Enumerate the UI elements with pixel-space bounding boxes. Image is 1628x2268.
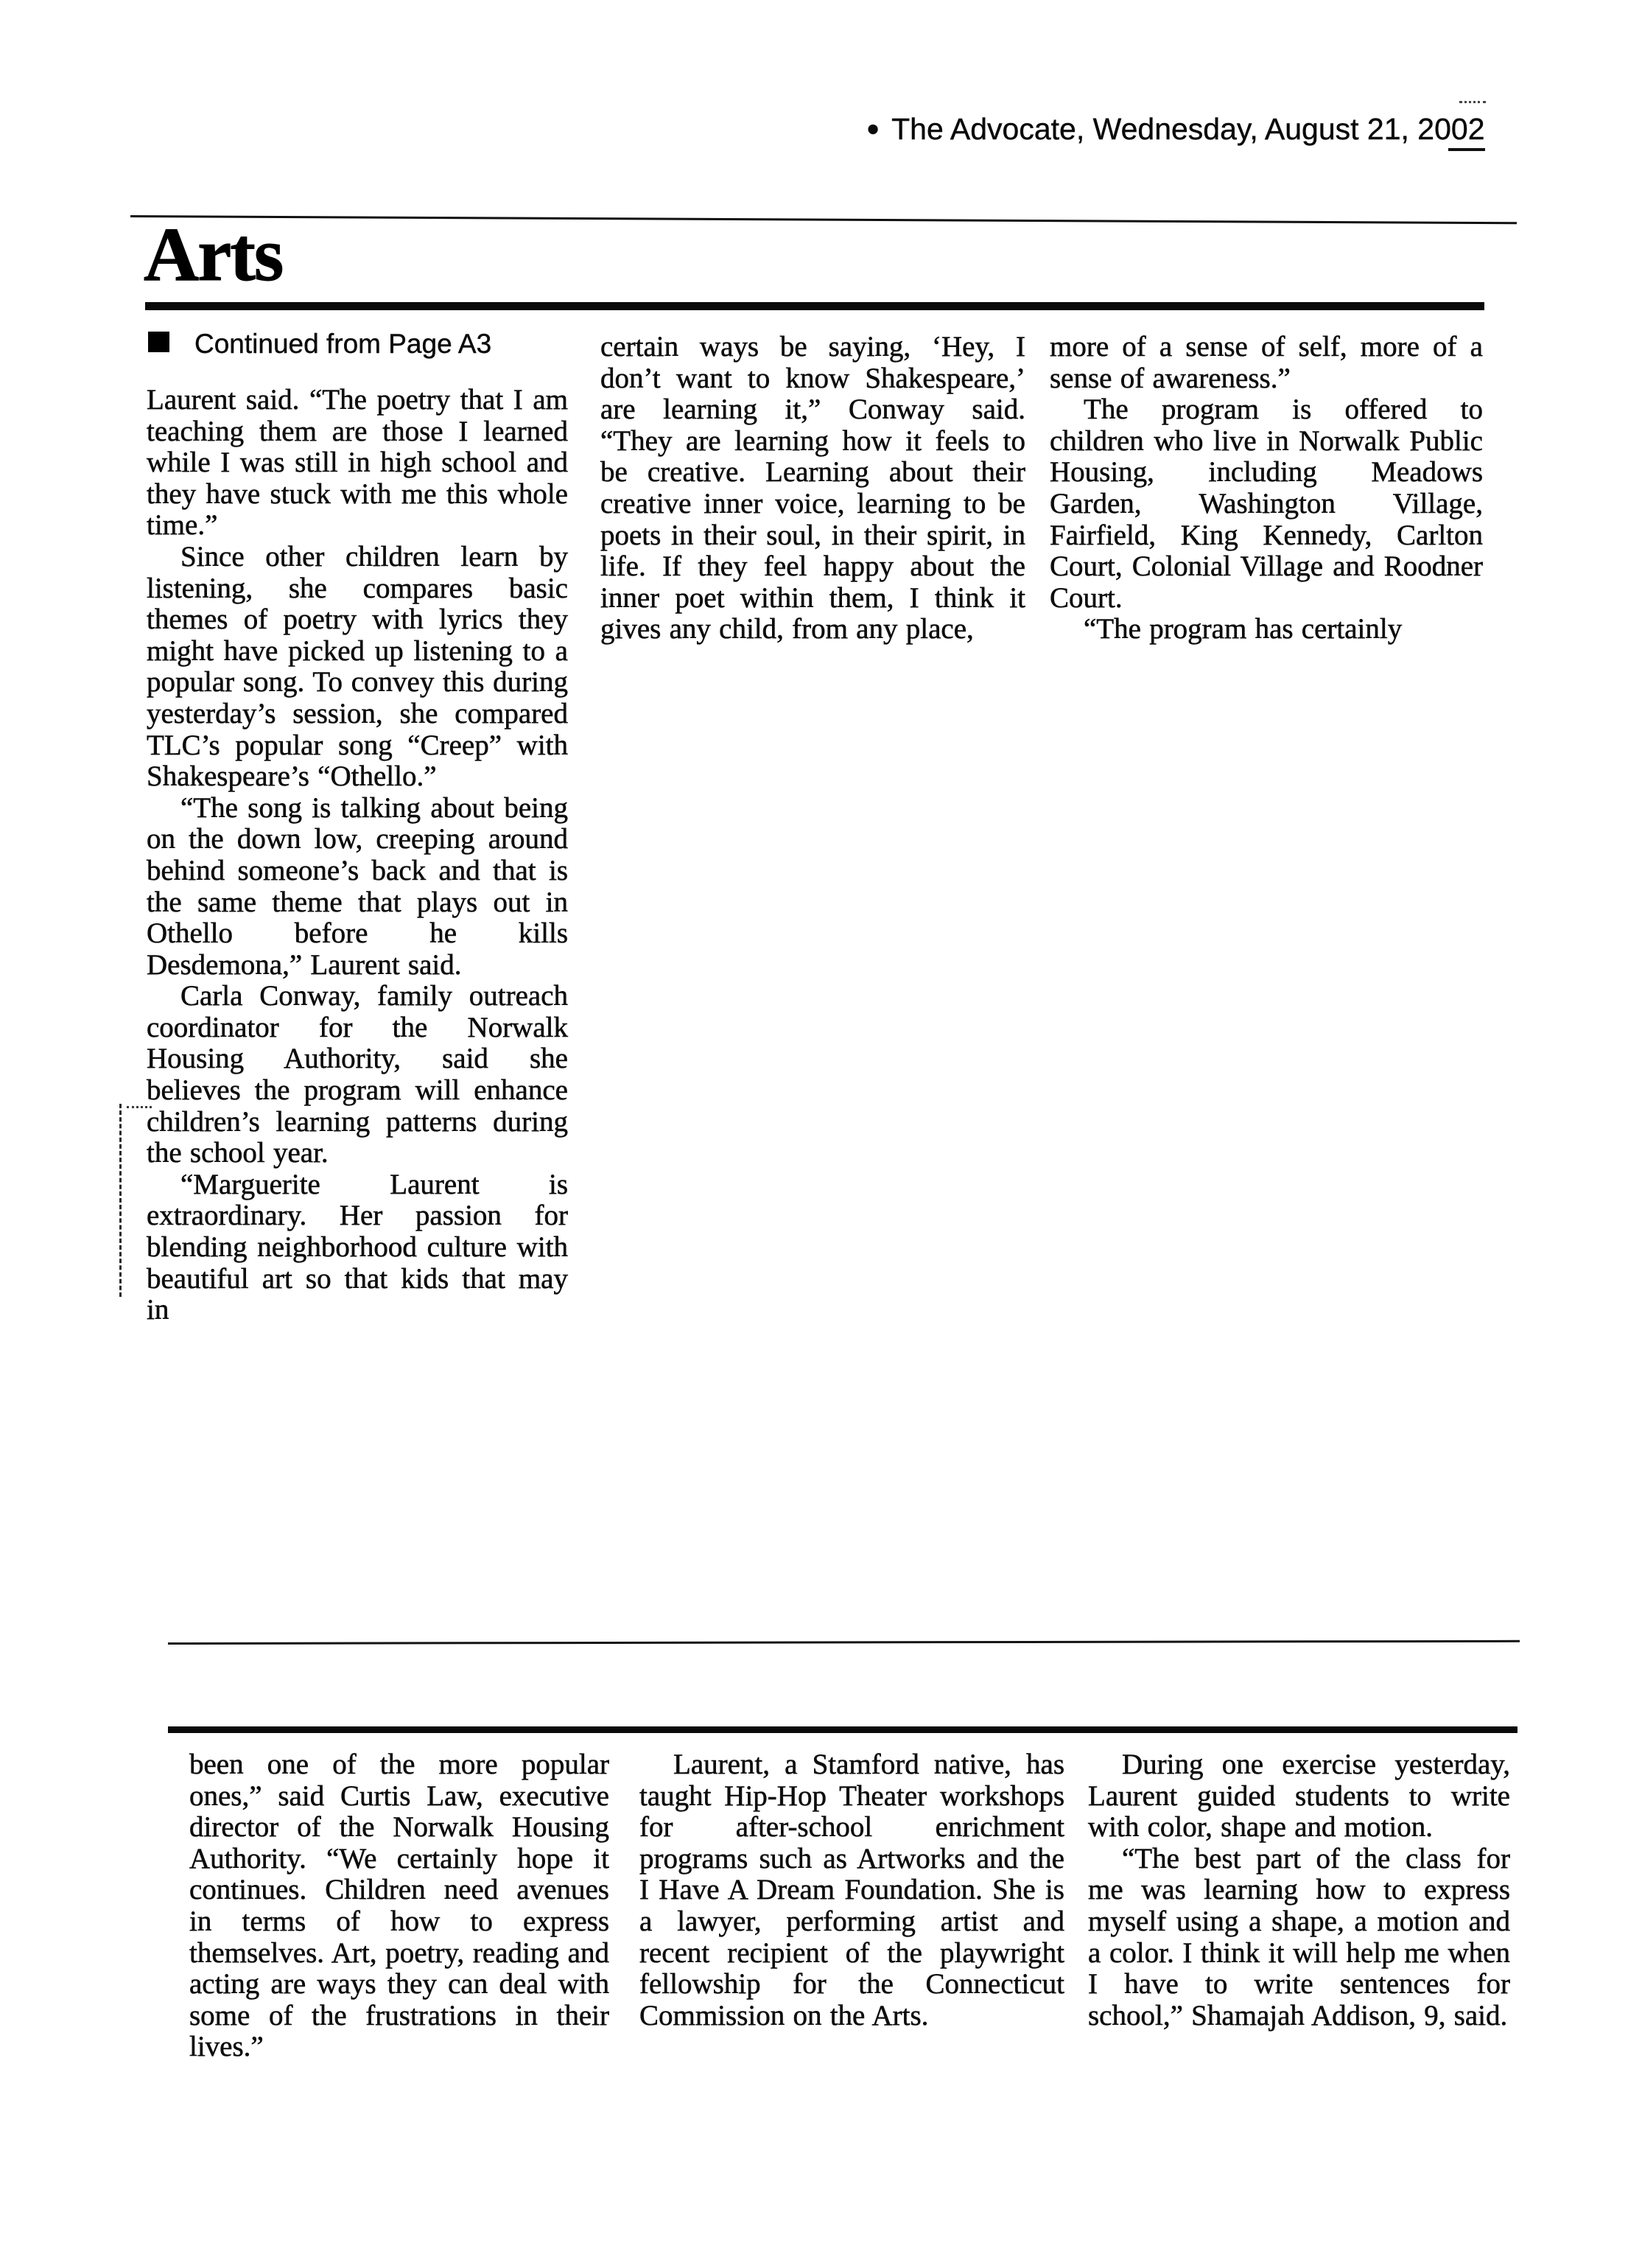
scan-artifact-dashed-line xyxy=(119,1104,122,1297)
paragraph: Since other children learn by listening,… xyxy=(147,542,568,793)
article-top-column-3: more of a sense of self, more of a sense… xyxy=(1050,332,1483,645)
paragraph: “The program has certainly xyxy=(1050,614,1483,645)
paragraph: “Marguerite Laurent is extraordinary. He… xyxy=(147,1169,568,1326)
article-bottom-column-1: been one of the more popular ones,” said… xyxy=(189,1749,609,2063)
masthead: ● The Advocate, Wednesday, August 21, 20… xyxy=(866,112,1515,146)
masthead-text: The Advocate, Wednesday, August 21, 2002 xyxy=(891,112,1484,146)
paragraph: Carla Conway, family outreach coordinato… xyxy=(147,981,568,1169)
paragraph: Laurent said. “The poetry that I am teac… xyxy=(147,385,568,542)
article-top-column-2: certain ways be saying, ‘Hey, I don’t wa… xyxy=(600,332,1025,645)
paragraph: “The best part of the class for me was l… xyxy=(1088,1844,1510,2032)
paragraph: more of a sense of self, more of a sense… xyxy=(1050,332,1483,394)
paragraph: Laurent, a Stamford native, has taught H… xyxy=(639,1749,1064,2031)
article-bottom-column-2: Laurent, a Stamford native, has taught H… xyxy=(639,1749,1064,2031)
bullet-icon: ● xyxy=(866,112,880,146)
section-rule-thin xyxy=(130,215,1517,224)
scan-artifact-dash xyxy=(127,1106,152,1108)
article-bottom-column-3: During one exercise yesterday, Laurent g… xyxy=(1088,1749,1510,2031)
paragraph: certain ways be saying, ‘Hey, I don’t wa… xyxy=(600,332,1025,645)
divider-rule-thick xyxy=(168,1726,1518,1733)
continued-note: Continued from Page A3 xyxy=(148,329,491,360)
paragraph: During one exercise yesterday, Laurent g… xyxy=(1088,1749,1510,1844)
paragraph: The program is offered to children who l… xyxy=(1050,394,1483,614)
section-rule-thick xyxy=(145,302,1484,310)
paragraph: “The song is talking about being on the … xyxy=(147,793,568,981)
paragraph: been one of the more popular ones,” said… xyxy=(189,1749,609,2063)
scan-artifact-dashes xyxy=(1459,101,1486,103)
section-title: Arts xyxy=(144,217,282,293)
newspaper-page: { "page": { "masthead": { "bullet": "●",… xyxy=(0,0,1628,2268)
article-top-column-1: Laurent said. “The poetry that I am teac… xyxy=(147,385,568,1326)
square-bullet-icon xyxy=(148,332,169,352)
divider-rule-thin xyxy=(168,1640,1520,1645)
date-underline xyxy=(1448,148,1485,151)
continued-note-label: Continued from Page A3 xyxy=(194,329,491,360)
